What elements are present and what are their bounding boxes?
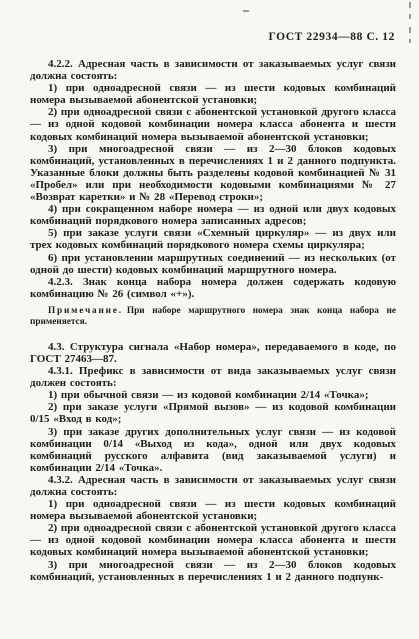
paragraph-item-1: 1) при одноадресной связи — из шести код… (30, 498, 396, 522)
note: Примечание.При наборе маршрутного номера… (30, 306, 396, 328)
scan-artifact (243, 10, 249, 12)
paragraph-item-1: 1) при обычной связи — из кодовой комбин… (30, 389, 396, 401)
paragraph-4-2-3: 4.2.3. Знак конца набора номера должен с… (30, 276, 396, 300)
document-page: ГОСТ 22934—88 С. 12 4.2.2. Адресная част… (0, 0, 419, 639)
paragraph-item-5: 5) при заказе услуги связи «Схемный цирк… (30, 227, 396, 251)
page-header: ГОСТ 22934—88 С. 12 (268, 31, 395, 43)
note-label: Примечание. (48, 306, 123, 316)
scan-artifact (409, 14, 411, 19)
paragraph-item-3: 3) при заказе других дополнительных услу… (30, 426, 396, 474)
paragraph-item-6: 6) при установлении маршрутных соединени… (30, 252, 396, 276)
paragraph-item-3: 3) при многоадресной связи — из 2—30 бло… (30, 559, 396, 583)
paragraph-4-3: 4.3. Структура сигнала «Набор номера», п… (30, 341, 396, 365)
scan-artifact (409, 27, 411, 33)
paragraph-item-3: 3) при многоадресной связи — из 2—30 бло… (30, 143, 396, 203)
scan-artifact (409, 2, 411, 8)
paragraph-4-3-1: 4.3.1. Префикс в зависимости от вида зак… (30, 365, 396, 389)
paragraph-item-2: 2) при одноадресной связи с абонентской … (30, 106, 396, 142)
document-content: 4.2.2. Адресная часть в зависимости от з… (30, 58, 396, 583)
scan-artifact (409, 39, 411, 43)
paragraph-4-3-2: 4.3.2. Адресная часть в зависимости от з… (30, 474, 396, 498)
paragraph-item-4: 4) при сокращенном наборе номера — из од… (30, 203, 396, 227)
paragraph-4-2-2: 4.2.2. Адресная часть в зависимости от з… (30, 58, 396, 82)
paragraph-item-2: 2) при одноадресной связи с абонентской … (30, 522, 396, 558)
paragraph-item-1: 1) при одноадресной связи — из шести код… (30, 82, 396, 106)
paragraph-item-2: 2) при заказе услуги «Прямой вызов» — из… (30, 401, 396, 425)
